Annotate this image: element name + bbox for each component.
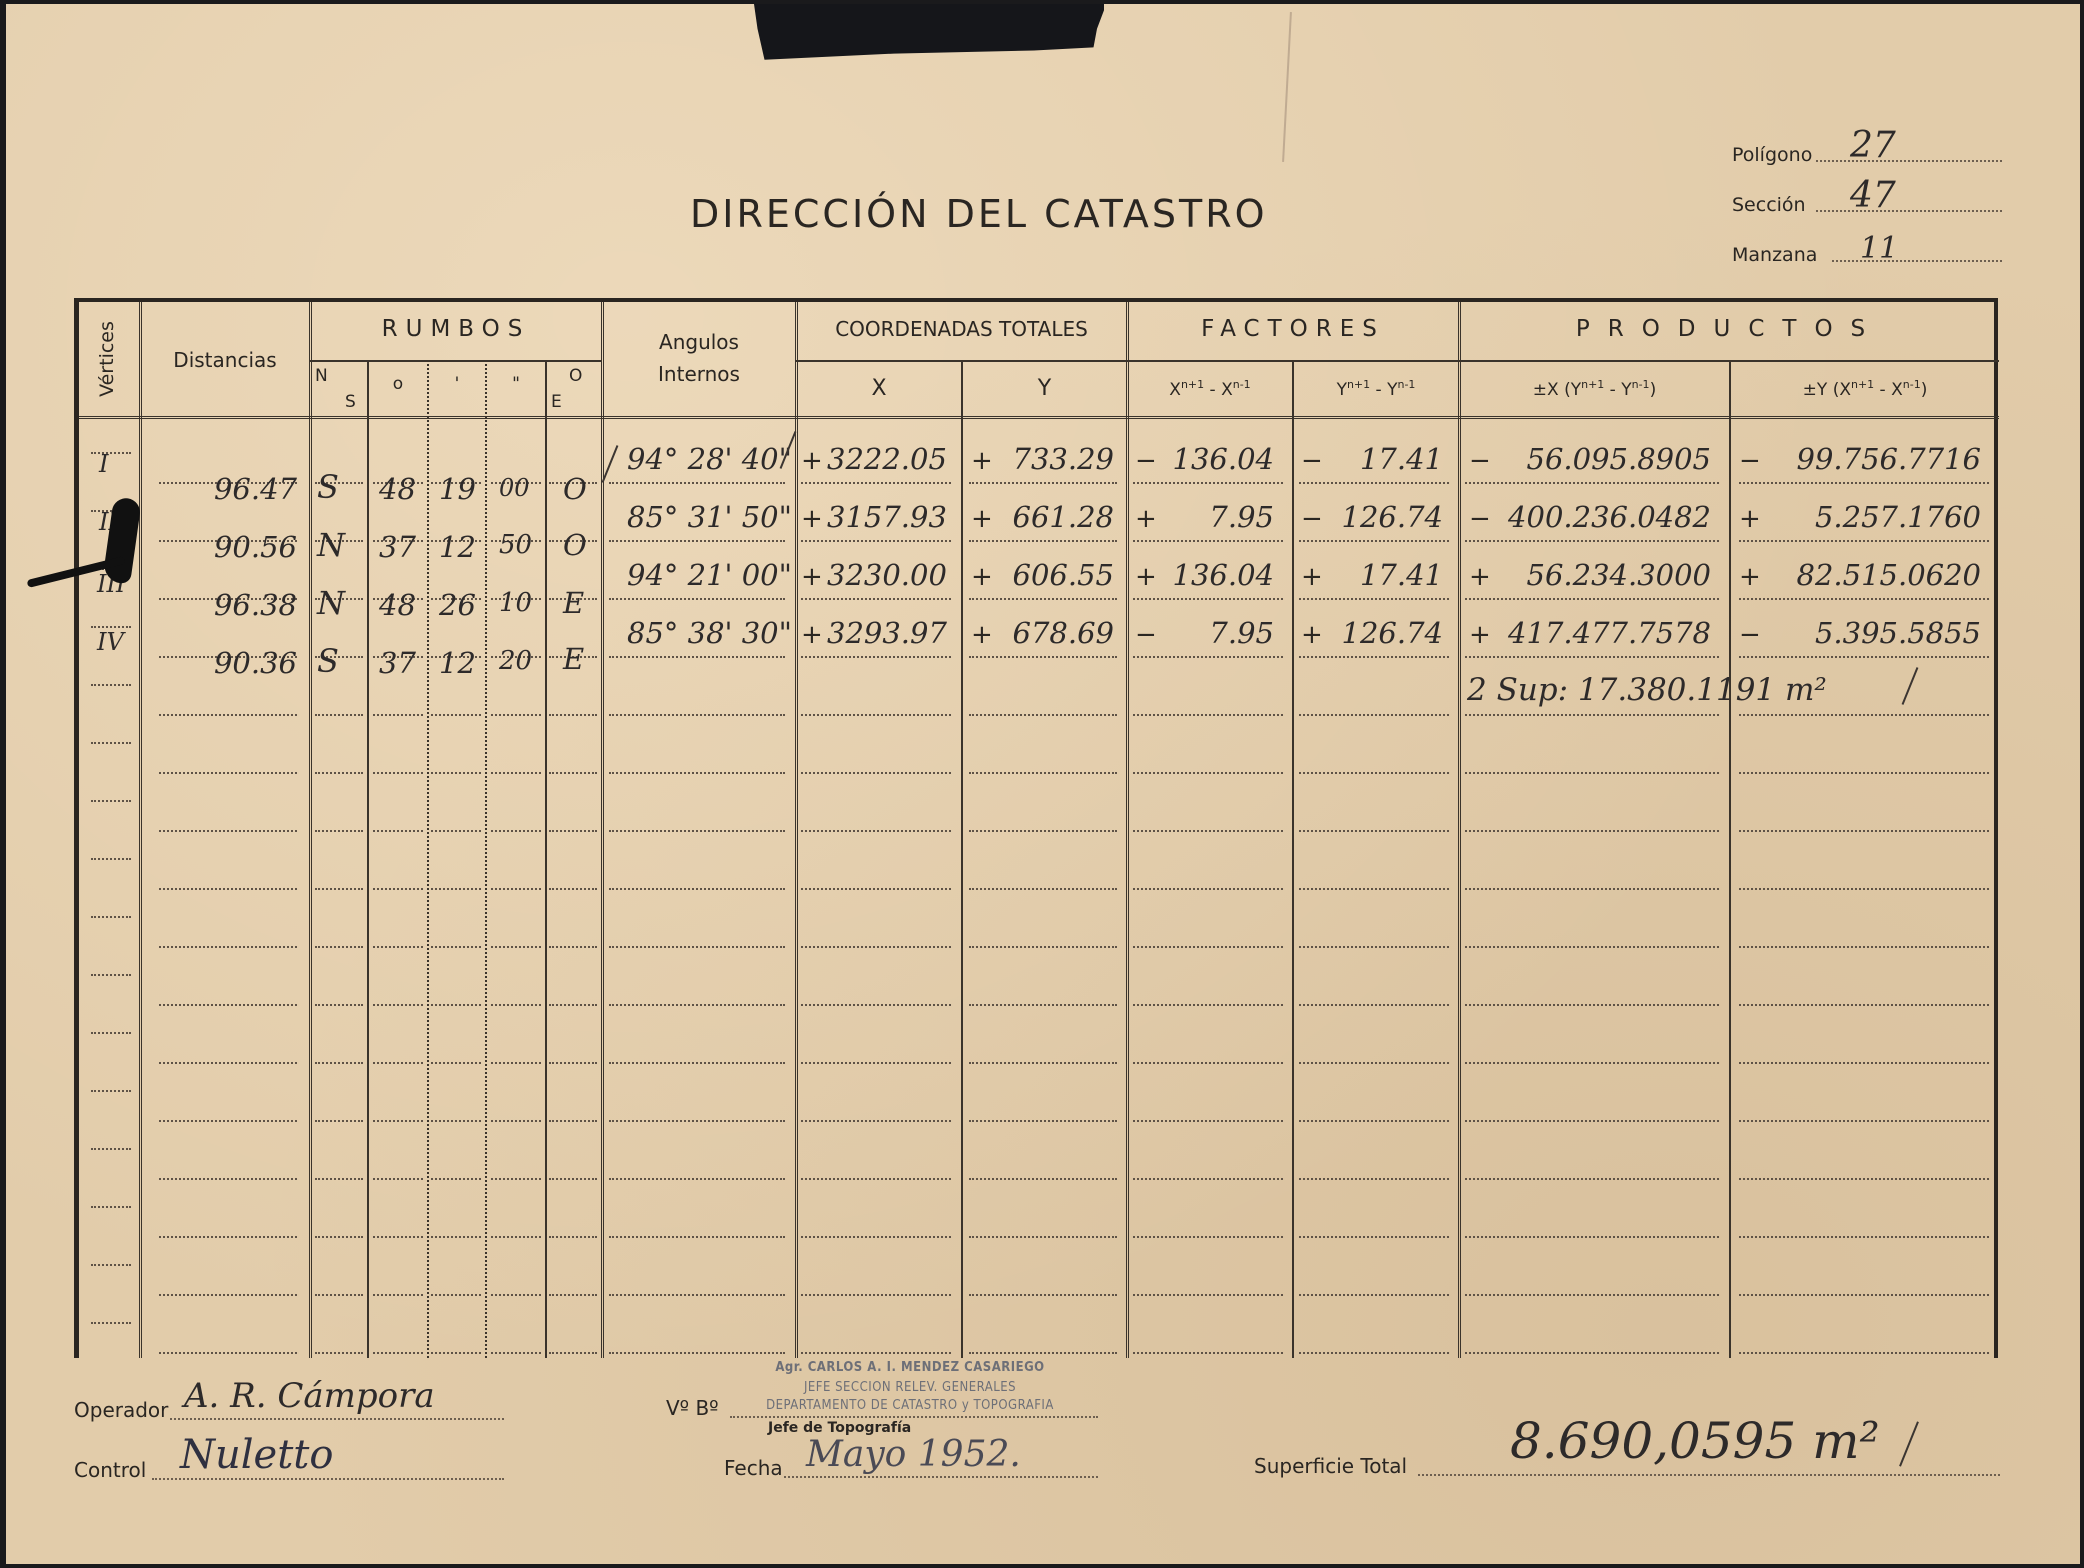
fx-text: X: [1169, 380, 1181, 400]
fy-text: Y: [1337, 380, 1347, 400]
header-productos: PRODUCTOS: [1460, 316, 1999, 342]
y-coordinate-cell: 678.69: [979, 616, 1114, 650]
ruled-line: [1133, 1120, 1283, 1122]
ruled-line: [373, 888, 423, 890]
superficie-total-label: Superficie Total: [1254, 1454, 1407, 1478]
superficie-total-value: 8.690,0595 m²: [1510, 1412, 1880, 1470]
ruled-line: [549, 888, 597, 890]
ruled-line: [315, 1120, 363, 1122]
col-divider: [545, 360, 547, 1358]
distance-cell: 90.36: [159, 646, 297, 680]
ruled-line: [549, 1352, 597, 1354]
ruled-line: [91, 1090, 131, 1092]
rumbo-ns-cell: N: [317, 584, 345, 622]
ruled-line: [159, 1236, 297, 1238]
ruled-line: [373, 946, 423, 948]
ruled-line: [801, 1004, 951, 1006]
ruled-line: [1739, 1004, 1989, 1006]
col-divider: [795, 302, 798, 1358]
rumbo-sec-cell: 10: [499, 588, 532, 618]
header-x: X: [797, 376, 961, 401]
header-internos: Internos: [603, 362, 795, 386]
ruled-line: [1739, 656, 1989, 658]
factor-x-cell: 136.04: [1149, 558, 1274, 592]
ruled-line: [1739, 1062, 1989, 1064]
ruled-line: [315, 714, 363, 716]
ruled-line: [315, 1178, 363, 1180]
ruled-line: [609, 540, 785, 542]
manzana-label: Manzana: [1732, 244, 1817, 266]
superficie-dotted-line: [1418, 1474, 2000, 1476]
ruled-line: [1465, 1004, 1719, 1006]
ruled-line: [91, 800, 131, 802]
ruled-line: [801, 1352, 951, 1354]
stamp-name: Agr. CARLOS A. I. MENDEZ CASARIEGO: [740, 1360, 1080, 1375]
ruled-line: [609, 888, 785, 890]
py-sign: +: [1739, 562, 1761, 592]
rumbo-deg-cell: 48: [379, 472, 416, 506]
py-text: - X: [1874, 380, 1903, 400]
double-area-total: 2 Sup: 17.380.1191 m²: [1467, 672, 1827, 708]
ruled-line: [1465, 1352, 1719, 1354]
ruled-line: [1133, 540, 1283, 542]
py-sign: +: [1739, 504, 1761, 534]
ruled-line: [1465, 1120, 1719, 1122]
header-rumbos: RUMBOS: [311, 316, 601, 342]
poligono-label: Polígono: [1732, 144, 1812, 166]
col-divider: [139, 302, 142, 1358]
ruled-line: [373, 830, 423, 832]
angle-cell: 94° 28' 40": [627, 442, 792, 476]
ruled-line: [801, 656, 951, 658]
ruled-line: [315, 888, 363, 890]
vertex-label: I: [99, 450, 108, 478]
ruled-line: [969, 1178, 1117, 1180]
ruled-line: [1465, 772, 1719, 774]
rumbo-oe-cell: E: [563, 586, 584, 620]
rumbo-oe-cell: O: [563, 528, 587, 562]
check-mark: [602, 445, 619, 483]
px-sup: n+1: [1581, 378, 1604, 391]
product-x-cell: 56.234.3000: [1489, 558, 1711, 592]
ruled-line: [491, 1352, 541, 1354]
ruled-line: [549, 772, 597, 774]
ruled-line: [1133, 1236, 1283, 1238]
ruled-line: [491, 714, 541, 716]
ruled-line: [969, 946, 1117, 948]
ruled-line: [373, 714, 423, 716]
ruled-line: [159, 946, 297, 948]
fx-sup: n+1: [1181, 378, 1204, 391]
px-text: ±X (Y: [1533, 380, 1581, 400]
ruled-line: [373, 772, 423, 774]
ruled-line: [1739, 1120, 1989, 1122]
coordinates-table: Vértices Distancias RUMBOS N S o ' " O E…: [74, 298, 1998, 1358]
ruled-line: [491, 830, 541, 832]
ruled-line: [1133, 1178, 1283, 1180]
px-sign: −: [1469, 504, 1491, 534]
vobo-dotted-line: [730, 1416, 1098, 1418]
ruled-line: [159, 1352, 297, 1354]
ruled-line: [431, 1294, 481, 1296]
ruled-line: [609, 482, 785, 484]
ruled-line: [1133, 656, 1283, 658]
ruled-line: [549, 830, 597, 832]
ruled-line: [969, 830, 1117, 832]
check-mark: [1902, 667, 1919, 705]
seccion-value: 47: [1850, 175, 1896, 216]
ruled-line: [1299, 888, 1449, 890]
ruled-line: [801, 714, 951, 716]
ruled-line: [801, 540, 951, 542]
ruled-line: [91, 1264, 131, 1266]
col-divider: [367, 360, 369, 1358]
ruled-line: [1739, 540, 1989, 542]
ruled-line: [491, 946, 541, 948]
ruled-line: [159, 888, 297, 890]
ruled-line: [431, 830, 481, 832]
ruled-line: [609, 598, 785, 600]
py-text: ): [1921, 380, 1928, 400]
ruled-line: [315, 1236, 363, 1238]
ruled-line: [1739, 598, 1989, 600]
manzana-field: Manzana 11: [1732, 228, 2002, 270]
ruled-line: [431, 714, 481, 716]
ruled-line: [1299, 1120, 1449, 1122]
ruled-line: [491, 1062, 541, 1064]
ruled-line: [1133, 888, 1283, 890]
ruled-line: [1299, 1178, 1449, 1180]
ruled-line: [969, 540, 1117, 542]
ruled-line: [969, 888, 1117, 890]
ruled-line: [1739, 482, 1989, 484]
ruled-line: [609, 1062, 785, 1064]
vertex-label: IV: [97, 628, 124, 656]
ruled-line: [1465, 830, 1719, 832]
header-degrees: o: [369, 374, 427, 394]
ruled-line: [91, 1032, 131, 1034]
factor-y-cell: 17.41: [1315, 558, 1443, 592]
ruled-line: [801, 1294, 951, 1296]
ruled-line: [1465, 1062, 1719, 1064]
header-y: Y: [963, 376, 1126, 401]
ruled-line: [91, 1206, 131, 1208]
ruled-line: [609, 714, 785, 716]
seccion-dotted-line: [1816, 210, 2002, 212]
ruled-line: [801, 1062, 951, 1064]
ruled-line: [801, 946, 951, 948]
rumbo-sec-cell: 50: [499, 530, 532, 560]
header-bottom-rule: [79, 416, 1999, 419]
ruled-line: [549, 714, 597, 716]
ruled-line: [1299, 598, 1449, 600]
ruled-line: [969, 1004, 1117, 1006]
rumbo-sec-cell: 00: [499, 474, 530, 502]
ruled-line: [373, 1120, 423, 1122]
ruled-line: [801, 1178, 951, 1180]
ruled-line: [1465, 1178, 1719, 1180]
ruled-line: [1739, 1236, 1989, 1238]
ruled-line: [1465, 946, 1719, 948]
angle-cell: 94° 21' 00": [627, 558, 792, 592]
vobo-label: Vº Bº: [666, 1396, 719, 1420]
ruled-line: [373, 1004, 423, 1006]
ruled-line: [1739, 1352, 1989, 1354]
ruled-line: [431, 946, 481, 948]
y-coordinate-cell: 733.29: [979, 442, 1114, 476]
rumbo-min-cell: 26: [439, 588, 476, 622]
ruled-line: [1739, 772, 1989, 774]
ruled-line: [1299, 540, 1449, 542]
ruled-line: [801, 1120, 951, 1122]
ruled-line: [431, 888, 481, 890]
py-sup: n-1: [1903, 378, 1921, 391]
ruled-line: [609, 1236, 785, 1238]
manzana-value: 11: [1860, 231, 1898, 266]
ruled-line: [1465, 1294, 1719, 1296]
x-coordinate-cell: 3157.93: [827, 500, 947, 534]
ruled-line: [969, 1120, 1117, 1122]
ruled-line: [969, 656, 1117, 658]
ruled-line: [315, 1062, 363, 1064]
rumbo-ns-cell: N: [317, 526, 345, 564]
angle-cell: 85° 31' 50": [627, 500, 792, 534]
ruled-line: [801, 772, 951, 774]
ruled-line: [1133, 714, 1283, 716]
control-signature: Nuletto: [180, 1432, 333, 1478]
px-sup: n-1: [1632, 378, 1650, 391]
ruled-line: [969, 772, 1117, 774]
ruled-line: [1739, 888, 1989, 890]
ruled-line: [91, 742, 131, 744]
col-divider: [1126, 302, 1129, 1358]
ruled-line: [1299, 772, 1449, 774]
ruled-line: [315, 1294, 363, 1296]
x-sign: +: [801, 562, 823, 592]
ruled-line: [315, 772, 363, 774]
control-label: Control: [74, 1458, 146, 1482]
header-angulos: Angulos: [603, 330, 795, 354]
ruled-line: [431, 1120, 481, 1122]
ruled-line: [1739, 1178, 1989, 1180]
ruled-line: [609, 1004, 785, 1006]
x-coordinate-cell: 3222.05: [827, 442, 947, 476]
distance-cell: 96.47: [159, 472, 297, 506]
ruled-line: [491, 1004, 541, 1006]
ruled-line: [431, 1062, 481, 1064]
px-sign: +: [1469, 620, 1491, 650]
header-product-y: ±Y (Xn+1 - Xn-1): [1731, 378, 1999, 400]
factor-y-cell: 126.74: [1315, 616, 1443, 650]
ruled-line: [1465, 540, 1719, 542]
ruled-line: [431, 1178, 481, 1180]
ruled-line: [159, 1120, 297, 1122]
ruled-line: [431, 772, 481, 774]
col-divider: [601, 302, 604, 1358]
ruled-line: [1299, 1352, 1449, 1354]
product-x-cell: 400.236.0482: [1489, 500, 1711, 534]
ruled-line: [91, 1148, 131, 1150]
ruled-line: [1133, 1352, 1283, 1354]
col-divider: [961, 360, 963, 1358]
ruled-line: [801, 482, 951, 484]
ruled-line: [609, 656, 785, 658]
ruled-line: [91, 1322, 131, 1324]
ruled-line: [1133, 1004, 1283, 1006]
ruled-line: [549, 946, 597, 948]
header-factores: FACTORES: [1128, 316, 1458, 342]
fx-text: - X: [1204, 380, 1233, 400]
ruled-line: [549, 1236, 597, 1238]
col-divider: [309, 302, 312, 1358]
ruled-line: [491, 772, 541, 774]
page-title: DIRECCIÓN DEL CATASTRO: [690, 192, 1390, 236]
rumbo-ns-cell: S: [317, 642, 339, 680]
header-seconds: ": [487, 374, 545, 394]
poligono-field: Polígono 27: [1732, 128, 2002, 170]
rumbo-oe-cell: E: [563, 642, 584, 676]
ruled-line: [491, 1120, 541, 1122]
col-divider: [1729, 360, 1731, 1358]
ruled-line: [1465, 656, 1719, 658]
x-coordinate-cell: 3230.00: [827, 558, 947, 592]
seccion-label: Sección: [1732, 194, 1806, 216]
fy-sup: n+1: [1347, 378, 1370, 391]
y-coordinate-cell: 661.28: [979, 500, 1114, 534]
ruled-line: [315, 1004, 363, 1006]
ruled-line: [1739, 714, 1989, 716]
ruled-line: [1299, 482, 1449, 484]
ruled-line: [373, 1352, 423, 1354]
ruled-line: [91, 916, 131, 918]
ruled-line: [801, 888, 951, 890]
ruled-line: [1133, 598, 1283, 600]
ruled-line: [315, 946, 363, 948]
ruled-line: [491, 888, 541, 890]
rumbo-deg-cell: 37: [379, 530, 416, 564]
ruled-line: [609, 772, 785, 774]
ruled-line: [159, 714, 297, 716]
col-divider: [427, 360, 429, 1358]
py-sign: −: [1739, 620, 1761, 650]
ruled-line: [1133, 946, 1283, 948]
rumbo-min-cell: 12: [439, 530, 476, 564]
poligono-dotted-line: [1816, 160, 2002, 162]
ruled-line: [969, 598, 1117, 600]
ruled-line: [969, 1352, 1117, 1354]
ruled-line: [431, 1004, 481, 1006]
ruled-line: [1739, 946, 1989, 948]
distance-cell: 90.56: [159, 530, 297, 564]
header-minutes: ': [429, 374, 485, 394]
ruled-line: [1739, 830, 1989, 832]
header-rumbo-e: E: [551, 392, 562, 412]
px-text: - Y: [1604, 380, 1631, 400]
ruled-line: [609, 1178, 785, 1180]
product-y-cell: 99.756.7716: [1759, 442, 1981, 476]
ruled-line: [491, 1236, 541, 1238]
product-y-cell: 82.515.0620: [1759, 558, 1981, 592]
header-rumbo-s: S: [345, 392, 356, 412]
header-rumbo-n: N: [315, 366, 328, 386]
fx-sup: n-1: [1233, 378, 1251, 391]
ruled-line: [1465, 1236, 1719, 1238]
ruled-line: [609, 1294, 785, 1296]
ruled-line: [609, 1120, 785, 1122]
px-text: ): [1650, 380, 1657, 400]
header-product-x: ±X (Yn+1 - Yn-1): [1460, 378, 1729, 400]
ruled-line: [1465, 888, 1719, 890]
x-sign: +: [801, 446, 823, 476]
header-distancias: Distancias: [141, 348, 309, 372]
product-x-cell: 417.477.7578: [1489, 616, 1711, 650]
ruled-line: [609, 830, 785, 832]
factor-x-cell: 7.95: [1149, 500, 1274, 534]
fy-sup: n-1: [1397, 378, 1415, 391]
ruled-line: [1299, 1236, 1449, 1238]
ruled-line: [315, 1352, 363, 1354]
distance-cell: 96.38: [159, 588, 297, 622]
y-coordinate-cell: 606.55: [979, 558, 1114, 592]
ruled-line: [969, 1294, 1117, 1296]
col-divider: [485, 360, 487, 1358]
operador-label: Operador: [74, 1398, 168, 1422]
product-y-cell: 5.395.5855: [1759, 616, 1981, 650]
rumbo-ns-cell: S: [317, 468, 339, 506]
ruled-line: [159, 830, 297, 832]
header-factor-x: Xn+1 - Xn-1: [1128, 378, 1292, 400]
ruled-line: [91, 974, 131, 976]
fecha-value: Mayo 1952.: [806, 1434, 1021, 1475]
poligono-value: 27: [1850, 125, 1896, 166]
ruled-line: [1465, 598, 1719, 600]
operador-dotted-line: [170, 1418, 504, 1420]
ruled-line: [1299, 830, 1449, 832]
fy-text: - Y: [1370, 380, 1397, 400]
ruled-line: [491, 1178, 541, 1180]
header-divider: [795, 360, 1999, 362]
rumbo-sec-cell: 20: [499, 646, 532, 676]
ruled-line: [1299, 656, 1449, 658]
ruled-line: [1465, 714, 1719, 716]
ruled-line: [1299, 714, 1449, 716]
stamp-department: DEPARTAMENTO DE CATASTRO y TOPOGRAFIA: [740, 1398, 1080, 1413]
ruled-line: [801, 830, 951, 832]
ruled-line: [609, 1352, 785, 1354]
header-rumbo-o: O: [569, 366, 582, 386]
fecha-dotted-line: [784, 1476, 1098, 1478]
stamp-title: JEFE SECCION RELEV. GENERALES: [740, 1380, 1080, 1395]
rumbo-deg-cell: 48: [379, 588, 416, 622]
product-x-cell: 56.095.8905: [1489, 442, 1711, 476]
ruled-line: [1465, 482, 1719, 484]
factor-x-cell: 7.95: [1149, 616, 1274, 650]
ruled-line: [1133, 1294, 1283, 1296]
factor-y-cell: 17.41: [1315, 442, 1443, 476]
fecha-label: Fecha: [724, 1456, 783, 1480]
ruled-line: [549, 1004, 597, 1006]
ruled-line: [1739, 1294, 1989, 1296]
ruled-line: [1133, 482, 1283, 484]
factor-y-cell: 126.74: [1315, 500, 1443, 534]
ruled-line: [1299, 1062, 1449, 1064]
rumbo-oe-cell: O: [563, 472, 587, 506]
rumbo-min-cell: 19: [439, 472, 476, 506]
ruled-line: [969, 1236, 1117, 1238]
px-sign: +: [1469, 562, 1491, 592]
ruled-line: [969, 482, 1117, 484]
angle-cell: 85° 38' 30": [627, 616, 792, 650]
